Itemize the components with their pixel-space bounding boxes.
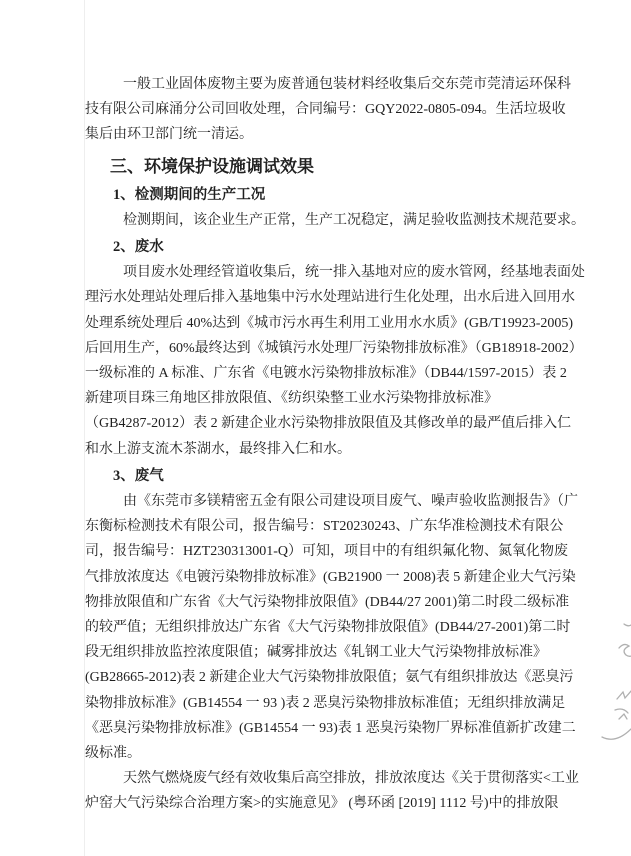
paragraph: 检测期间，该企业生产正常，生产工况稳定，满足验收监测技术规范要求。: [85, 208, 555, 233]
text-line: 2、废水: [85, 235, 555, 260]
text-line: (GB28665-2012)表 2 新建企业大气污染物排放限值；氨气有组织排放达…: [85, 665, 555, 690]
text-line: 处理系统处理后 40%达到《城市污水再生利用工业用水水质》(GB/T19923-…: [85, 311, 555, 336]
text-line: 由《东莞市多镁精密五金有限公司建设项目废气、噪声验收监测报告》（广: [85, 489, 555, 514]
text-line: 检测期间，该企业生产正常，生产工况稳定，满足验收监测技术规范要求。: [85, 208, 555, 233]
text-line: 段无组织排放监控浓度限值；碱雾排放达《轧钢工业大气污染物排放标准》: [85, 640, 555, 665]
text-line: 炉窑大气污染综合治理方案>的实施意见》 (粤环函 [2019] 1112 号)中…: [85, 791, 555, 816]
section-heading: 三、环境保护设施调试效果: [85, 153, 555, 181]
text-line: 司，报告编号：HZT230313001-Q）可知，项目中的有组织氟化物、氮氧化物…: [85, 539, 555, 564]
text-line: 东衡标检测技术有限公司，报告编号：ST20230243、广东华准检测技术有限公: [85, 514, 555, 539]
text-line: 技有限公司麻涌分公司回收处理，合同编号：GQY2022-0805-094。生活垃…: [85, 97, 555, 122]
handwritten-margin-mark: [595, 615, 631, 755]
paragraph: 项目废水处理经管道收集后，统一排入基地对应的废水管网，经基地表面处理污水处理站处…: [85, 260, 555, 462]
page-content: 一般工业固体废物主要为废普通包装材料经收集后交东莞市莞清运环保科技有限公司麻涌分…: [85, 72, 555, 817]
text-line: 一般工业固体废物主要为废普通包装材料经收集后交东莞市莞清运环保科: [85, 72, 555, 97]
text-line: 项目废水处理经管道收集后，统一排入基地对应的废水管网，经基地表面处: [85, 260, 555, 285]
paragraph: 一般工业固体废物主要为废普通包装材料经收集后交东莞市莞清运环保科技有限公司麻涌分…: [85, 72, 555, 148]
text-line: 气排放浓度达《电镀污染物排放标准》(GB21900 一 2008)表 5 新建企…: [85, 565, 555, 590]
text-line: 和水上游支流木茶湖水，最终排入仁和水。: [85, 437, 555, 462]
sub-heading: 3、废气: [85, 464, 555, 489]
text-line: 3、废气: [85, 464, 555, 489]
text-line: 三、环境保护设施调试效果: [85, 153, 555, 181]
text-line: 新建项目珠三角地区排放限值、《纺织染整工业水污染物排放标准》: [85, 386, 555, 411]
text-line: 一级标准的 A 标准、广东省《电镀水污染物排放标准》（DB44/1597-201…: [85, 361, 555, 386]
text-line: 1、检测期间的生产工况: [85, 183, 555, 208]
sub-heading: 1、检测期间的生产工况: [85, 183, 555, 208]
text-line: 理污水处理站处理后排入基地集中污水处理站进行生化处理，出水后进入回用水: [85, 285, 555, 310]
text-line: 集后由环卫部门统一清运。: [85, 122, 555, 147]
text-line: 《恶臭污染物排放标准》(GB14554 一 93)表 1 恶臭污染物厂界标准值新…: [85, 716, 555, 741]
text-line: 后回用生产，60%最终达到《城镇污水处理厂污染物排放标准》（GB18918-20…: [85, 336, 555, 361]
text-line: （GB4287-2012）表 2 新建企业水污染物排放限值及其修改单的最严值后排…: [85, 411, 555, 436]
paragraph: 由《东莞市多镁精密五金有限公司建设项目废气、噪声验收监测报告》（广东衡标检测技术…: [85, 489, 555, 766]
document-page: 一般工业固体废物主要为废普通包装材料经收集后交东莞市莞清运环保科技有限公司麻涌分…: [0, 0, 631, 856]
text-line: 染物排放标准》(GB14554 一 93 )表 2 恶臭污染物排放标准值；无组织…: [85, 691, 555, 716]
text-line: 物排放限值和广东省《大气污染物排放限值》(DB44/27 2001)第二时段二级…: [85, 590, 555, 615]
text-line: 级标准。: [85, 741, 555, 766]
text-line: 天然气燃烧废气经有效收集后高空排放，排放浓度达《关于贯彻落实<工业: [85, 766, 555, 791]
sub-heading: 2、废水: [85, 235, 555, 260]
text-line: 的较严值；无组织排放达广东省《大气污染物排放限值》(DB44/27-2001)第…: [85, 615, 555, 640]
paragraph: 天然气燃烧废气经有效收集后高空排放，排放浓度达《关于贯彻落实<工业炉窑大气污染综…: [85, 766, 555, 816]
